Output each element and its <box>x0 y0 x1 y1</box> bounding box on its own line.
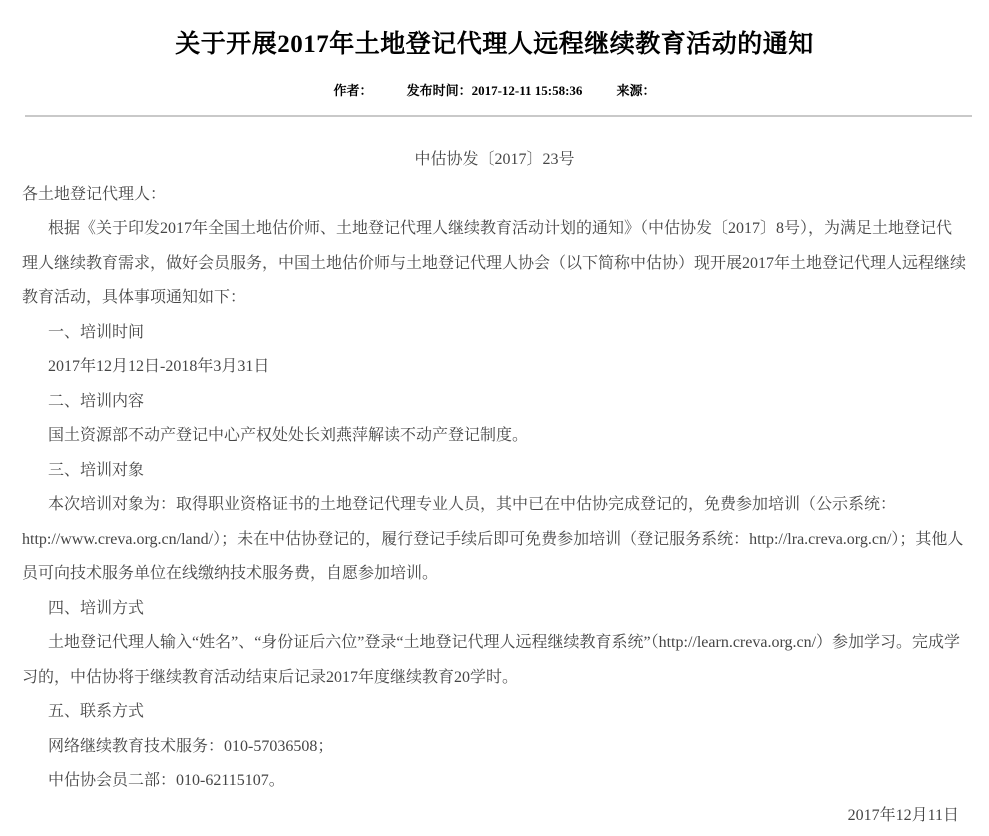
salutation: 各土地登记代理人： <box>22 178 967 213</box>
section-heading-2: 二、培训内容 <box>22 385 967 420</box>
paragraph-training-content: 国土资源部不动产登记中心产权处处长刘燕萍解读不动产登记制度。 <box>22 419 967 454</box>
page-title: 关于开展2017年土地登记代理人远程继续教育活动的通知 <box>0 28 989 62</box>
sign-date: 2017年12月11日 <box>22 799 959 834</box>
doc-number: 中估协发〔2017〕23号 <box>22 143 967 178</box>
publish-time-value: 2017-12-11 15:58:36 <box>472 83 583 98</box>
author-label: 作者： <box>334 82 373 100</box>
article-page: 关于开展2017年土地登记代理人远程继续教育活动的通知 作者： 发布时间：201… <box>0 0 989 836</box>
paragraph-contact-member: 中估协会员二部：010-62115107。 <box>22 764 967 799</box>
paragraph-contact-tech: 网络继续教育技术服务：010-57036508； <box>22 730 967 765</box>
section-heading-1: 一、培训时间 <box>22 316 967 351</box>
publish-time: 发布时间：2017-12-11 15:58:36 <box>407 82 583 100</box>
article-meta: 作者： 发布时间：2017-12-11 15:58:36 来源： <box>0 82 989 100</box>
paragraph-training-method: 土地登记代理人输入“姓名”、“身份证后六位”登录“土地登记代理人远程继续教育系统… <box>22 626 967 695</box>
source-label: 来源： <box>616 82 655 100</box>
section-heading-4: 四、培训方式 <box>22 592 967 627</box>
article-header: 关于开展2017年土地登记代理人远程继续教育活动的通知 作者： 发布时间：201… <box>0 0 989 100</box>
section-heading-5: 五、联系方式 <box>22 695 967 730</box>
section-heading-3: 三、培训对象 <box>22 454 967 489</box>
paragraph-training-time: 2017年12月12日-2018年3月31日 <box>22 350 967 385</box>
publish-time-label: 发布时间： <box>407 83 472 98</box>
article-content: 中估协发〔2017〕23号 各土地登记代理人： 根据《关于印发2017年全国土地… <box>0 143 989 833</box>
paragraph-intro: 根据《关于印发2017年全国土地估价师、土地登记代理人继续教育活动计划的通知》（… <box>22 212 967 316</box>
paragraph-training-target: 本次培训对象为：取得职业资格证书的土地登记代理专业人员，其中已在中估协完成登记的… <box>22 488 967 592</box>
header-divider <box>25 115 972 117</box>
